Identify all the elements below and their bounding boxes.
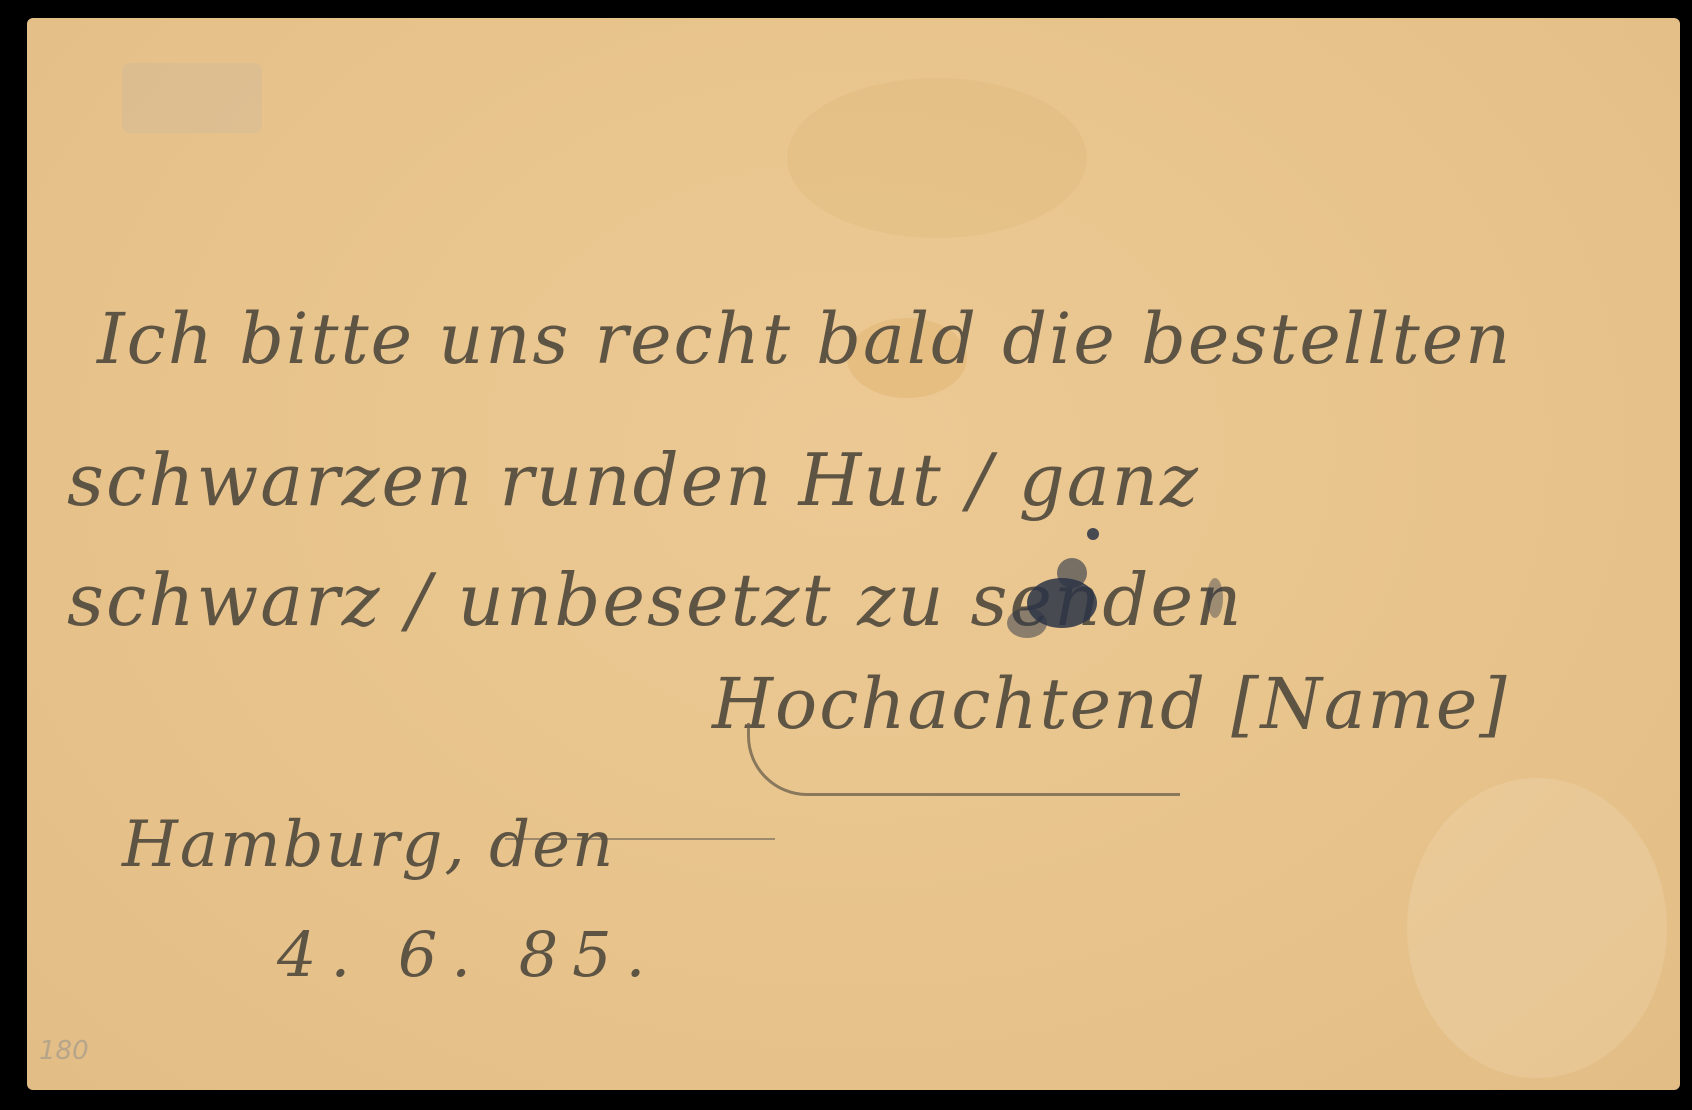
message-line-1: Ich bitte uns recht bald die bestellten (97, 298, 1512, 380)
date-line: 4. 6. 85. (277, 918, 659, 991)
paper-stain (787, 78, 1087, 238)
postcard: Ich bitte uns recht bald die bestellten … (27, 18, 1680, 1090)
faint-stamp-mark (122, 63, 262, 133)
message-line-2: schwarzen runden Hut / ganz (67, 438, 1200, 522)
place-line: Hamburg, den (122, 808, 615, 882)
signature-flourish (747, 723, 1180, 796)
pencil-note: 180 (39, 1036, 89, 1066)
paper-stain (1407, 778, 1667, 1078)
